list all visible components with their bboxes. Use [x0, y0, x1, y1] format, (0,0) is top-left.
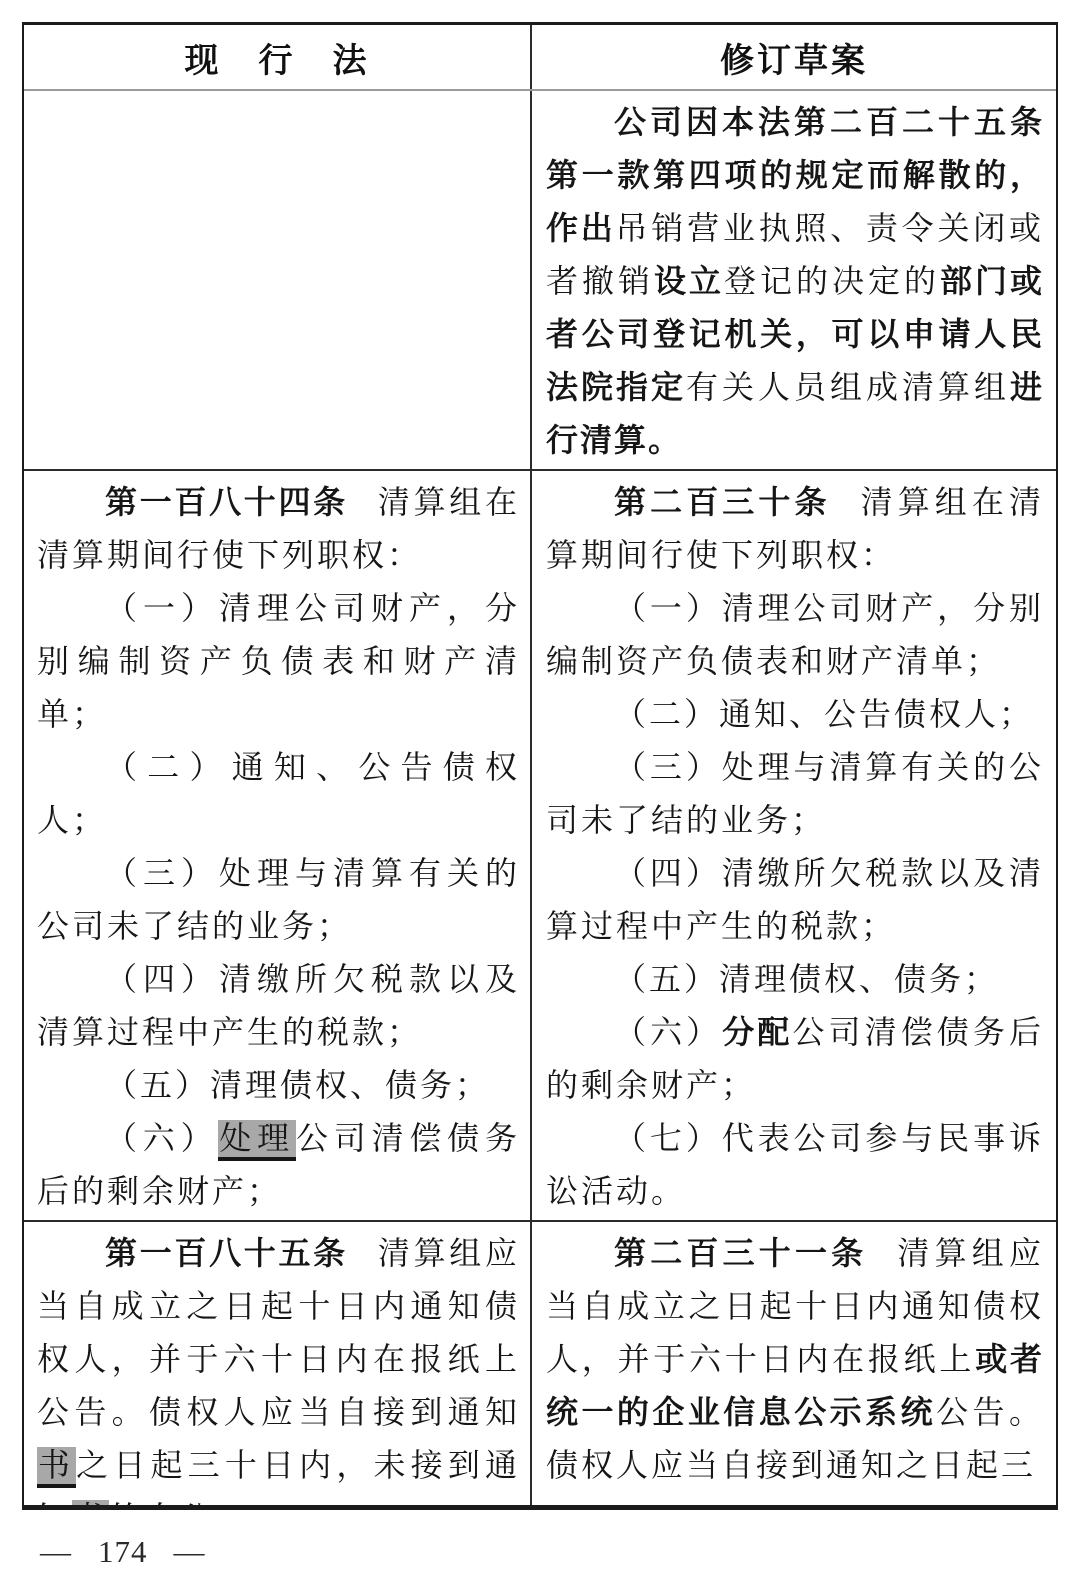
paragraph: 第一百八十四条清算组在清算期间行使下列职权：	[37, 476, 520, 582]
paragraph: （二）通知、公告债权人；	[546, 688, 1044, 741]
cell-current-law-article-185: 第一百八十五条清算组应当自成立之日起十日内通知债权人，并于六十日内在报纸上公告。…	[24, 1222, 532, 1505]
text-run: （四）清缴所欠税款以及清算过程中产生的税款；	[37, 961, 520, 1050]
text-run: 分配	[722, 1014, 792, 1050]
text-run: （六）	[105, 1120, 218, 1156]
text-run: （三）处理与清算有关的公司未了结的业务；	[546, 749, 1044, 838]
text-run: （五）清理债权、债务；	[105, 1067, 490, 1103]
highlighted-text-run: 书	[37, 1447, 76, 1488]
paragraph: （五）清理债权、债务；	[37, 1059, 520, 1112]
paragraph: （六）分配公司清偿债务后的剩余财产；	[546, 1006, 1044, 1112]
text-run: （三）处理与清算有关的公司未了结的业务；	[37, 855, 520, 944]
paragraph: （一）清理公司财产，分别编制资产负债表和财产清单；	[37, 582, 520, 741]
paragraph: （七）代表公司参与民事诉讼活动。	[546, 1112, 1044, 1218]
text-run: 第一百八十四条	[105, 484, 348, 520]
table-row-dissolution-clause: 公司因本法第二百二十五条第一款第四项的规定而解散的，作出吊销营业执照、责令关闭或…	[24, 91, 1056, 469]
text-run: 登记的决定的	[724, 263, 940, 299]
text-run: （四）清缴所欠税款以及清算过程中产生的税款；	[546, 855, 1044, 944]
text-run: （二）通知、公告债权人；	[614, 696, 1034, 732]
paragraph: （六）处理公司清偿债务后的剩余财产；	[37, 1112, 520, 1218]
text-run: （二）通知、公告债权人；	[37, 749, 520, 838]
paragraph: 第一百八十五条清算组应当自成立之日起十日内通知债权人，并于六十日内在报纸上公告。…	[37, 1227, 520, 1505]
paragraph: （四）清缴所欠税款以及清算过程中产生的税款；	[546, 847, 1044, 953]
text-run: （五）清理债权、债务；	[614, 961, 999, 997]
document-page: 现 行 法 修订草案 公司因本法第二百二十五条第一款第四项的规定而解散的，作出吊…	[0, 0, 1080, 1596]
text-run: 第二百三十条	[614, 484, 831, 520]
paragraph: （四）清缴所欠税款以及清算过程中产生的税款；	[37, 953, 520, 1059]
cell-current-law-empty	[24, 91, 532, 469]
highlighted-text-run: 书	[72, 1500, 109, 1505]
footer-dash-right: —	[174, 1534, 206, 1570]
text-run: （一）清理公司财产，分别编制资产负债表和财产清单；	[37, 590, 520, 732]
paragraph: 第二百三十条清算组在清算期间行使下列职权：	[546, 476, 1044, 582]
cell-revision-draft-dissolution: 公司因本法第二百二十五条第一款第四项的规定而解散的，作出吊销营业执照、责令关闭或…	[532, 91, 1056, 469]
cell-revision-draft-article-231: 第二百三十一条清算组应当自成立之日起十日内通知债权人，并于六十日内在报纸上或者统…	[532, 1222, 1056, 1505]
page-footer: — 174 —	[40, 1534, 206, 1570]
column-header-current-law: 现 行 法	[24, 25, 532, 89]
footer-dash-left: —	[40, 1534, 72, 1570]
paragraph: （二）通知、公告债权人；	[37, 741, 520, 847]
text-run: 第一百八十五条	[105, 1235, 348, 1271]
text-run: （一）清理公司财产，分别编制资产负债表和财产清单；	[546, 590, 1044, 679]
text-run: 的自公	[109, 1500, 214, 1505]
page-number: 174	[98, 1534, 148, 1570]
table-row-creditor-notification: 第一百八十五条清算组应当自成立之日起十日内通知债权人，并于六十日内在报纸上公告。…	[24, 1220, 1056, 1505]
paragraph: 第二百三十一条清算组应当自成立之日起十日内通知债权人，并于六十日内在报纸上或者统…	[546, 1227, 1044, 1492]
text-run: 之日起三十日内，未接到通知	[37, 1447, 520, 1505]
cell-revision-draft-article-230: 第二百三十条清算组在清算期间行使下列职权：（一）清理公司财产，分别编制资产负债表…	[532, 471, 1056, 1220]
law-comparison-table: 现 行 法 修订草案 公司因本法第二百二十五条第一款第四项的规定而解散的，作出吊…	[22, 22, 1058, 1510]
paragraph: 公司因本法第二百二十五条第一款第四项的规定而解散的，作出吊销营业执照、责令关闭或…	[546, 96, 1044, 467]
text-run: 第二百三十一条	[614, 1235, 867, 1271]
paragraph: （五）清理债权、债务；	[546, 953, 1044, 1006]
text-run: （六）	[614, 1014, 722, 1050]
paragraph: （一）清理公司财产，分别编制资产负债表和财产清单；	[546, 582, 1044, 688]
text-run: 有关人员组成清算组	[686, 369, 1010, 405]
table-row-liquidation-powers: 第一百八十四条清算组在清算期间行使下列职权：（一）清理公司财产，分别编制资产负债…	[24, 469, 1056, 1220]
cell-current-law-article-184: 第一百八十四条清算组在清算期间行使下列职权：（一）清理公司财产，分别编制资产负债…	[24, 471, 532, 1220]
column-header-revision-draft-label: 修订草案	[720, 33, 868, 82]
highlighted-text-run: 处理	[218, 1120, 296, 1161]
text-run: （七）代表公司参与民事诉讼活动。	[546, 1120, 1044, 1209]
column-header-revision-draft: 修订草案	[532, 25, 1056, 89]
text-run: 设立	[654, 263, 724, 299]
table-header-row: 现 行 法 修订草案	[24, 25, 1056, 91]
column-header-current-law-label: 现 行 法	[185, 33, 370, 82]
paragraph: （三）处理与清算有关的公司未了结的业务；	[37, 847, 520, 953]
paragraph: （三）处理与清算有关的公司未了结的业务；	[546, 741, 1044, 847]
